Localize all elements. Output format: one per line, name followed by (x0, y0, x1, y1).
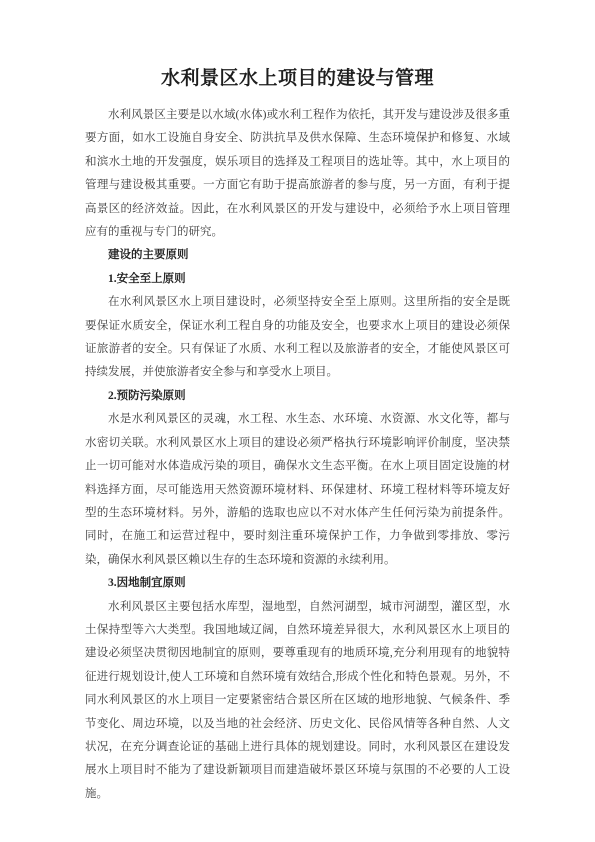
section-1-heading: 1.安全至上原则 (85, 268, 510, 291)
section-2-body: 水是水利风景区的灵魂，水工程、水生态、水环境、水资源、水文化等，都与水密切关联。… (85, 408, 510, 572)
main-section-heading: 建设的主要原则 (85, 244, 510, 267)
section-3-heading: 3.因地制宜原则 (85, 572, 510, 595)
section-2-heading: 2.预防污染原则 (85, 385, 510, 408)
section-3-body: 水利风景区主要包括水库型，湿地型，自然河湖型，城市河湖型，灌区型，水土保持型等六… (85, 596, 510, 807)
section-1-body: 在水利风景区水上项目建设时，必须坚持安全至上原则。这里所指的安全是既要保证水质安… (85, 291, 510, 385)
document-page: 水利景区水上项目的建设与管理 水利风景区主要是以水域(水体)或水利工程作为依托，… (0, 0, 595, 842)
document-title: 水利景区水上项目的建设与管理 (85, 66, 510, 92)
intro-paragraph: 水利风景区主要是以水域(水体)或水利工程作为依托，其开发与建设涉及很多重要方面，… (85, 104, 510, 244)
